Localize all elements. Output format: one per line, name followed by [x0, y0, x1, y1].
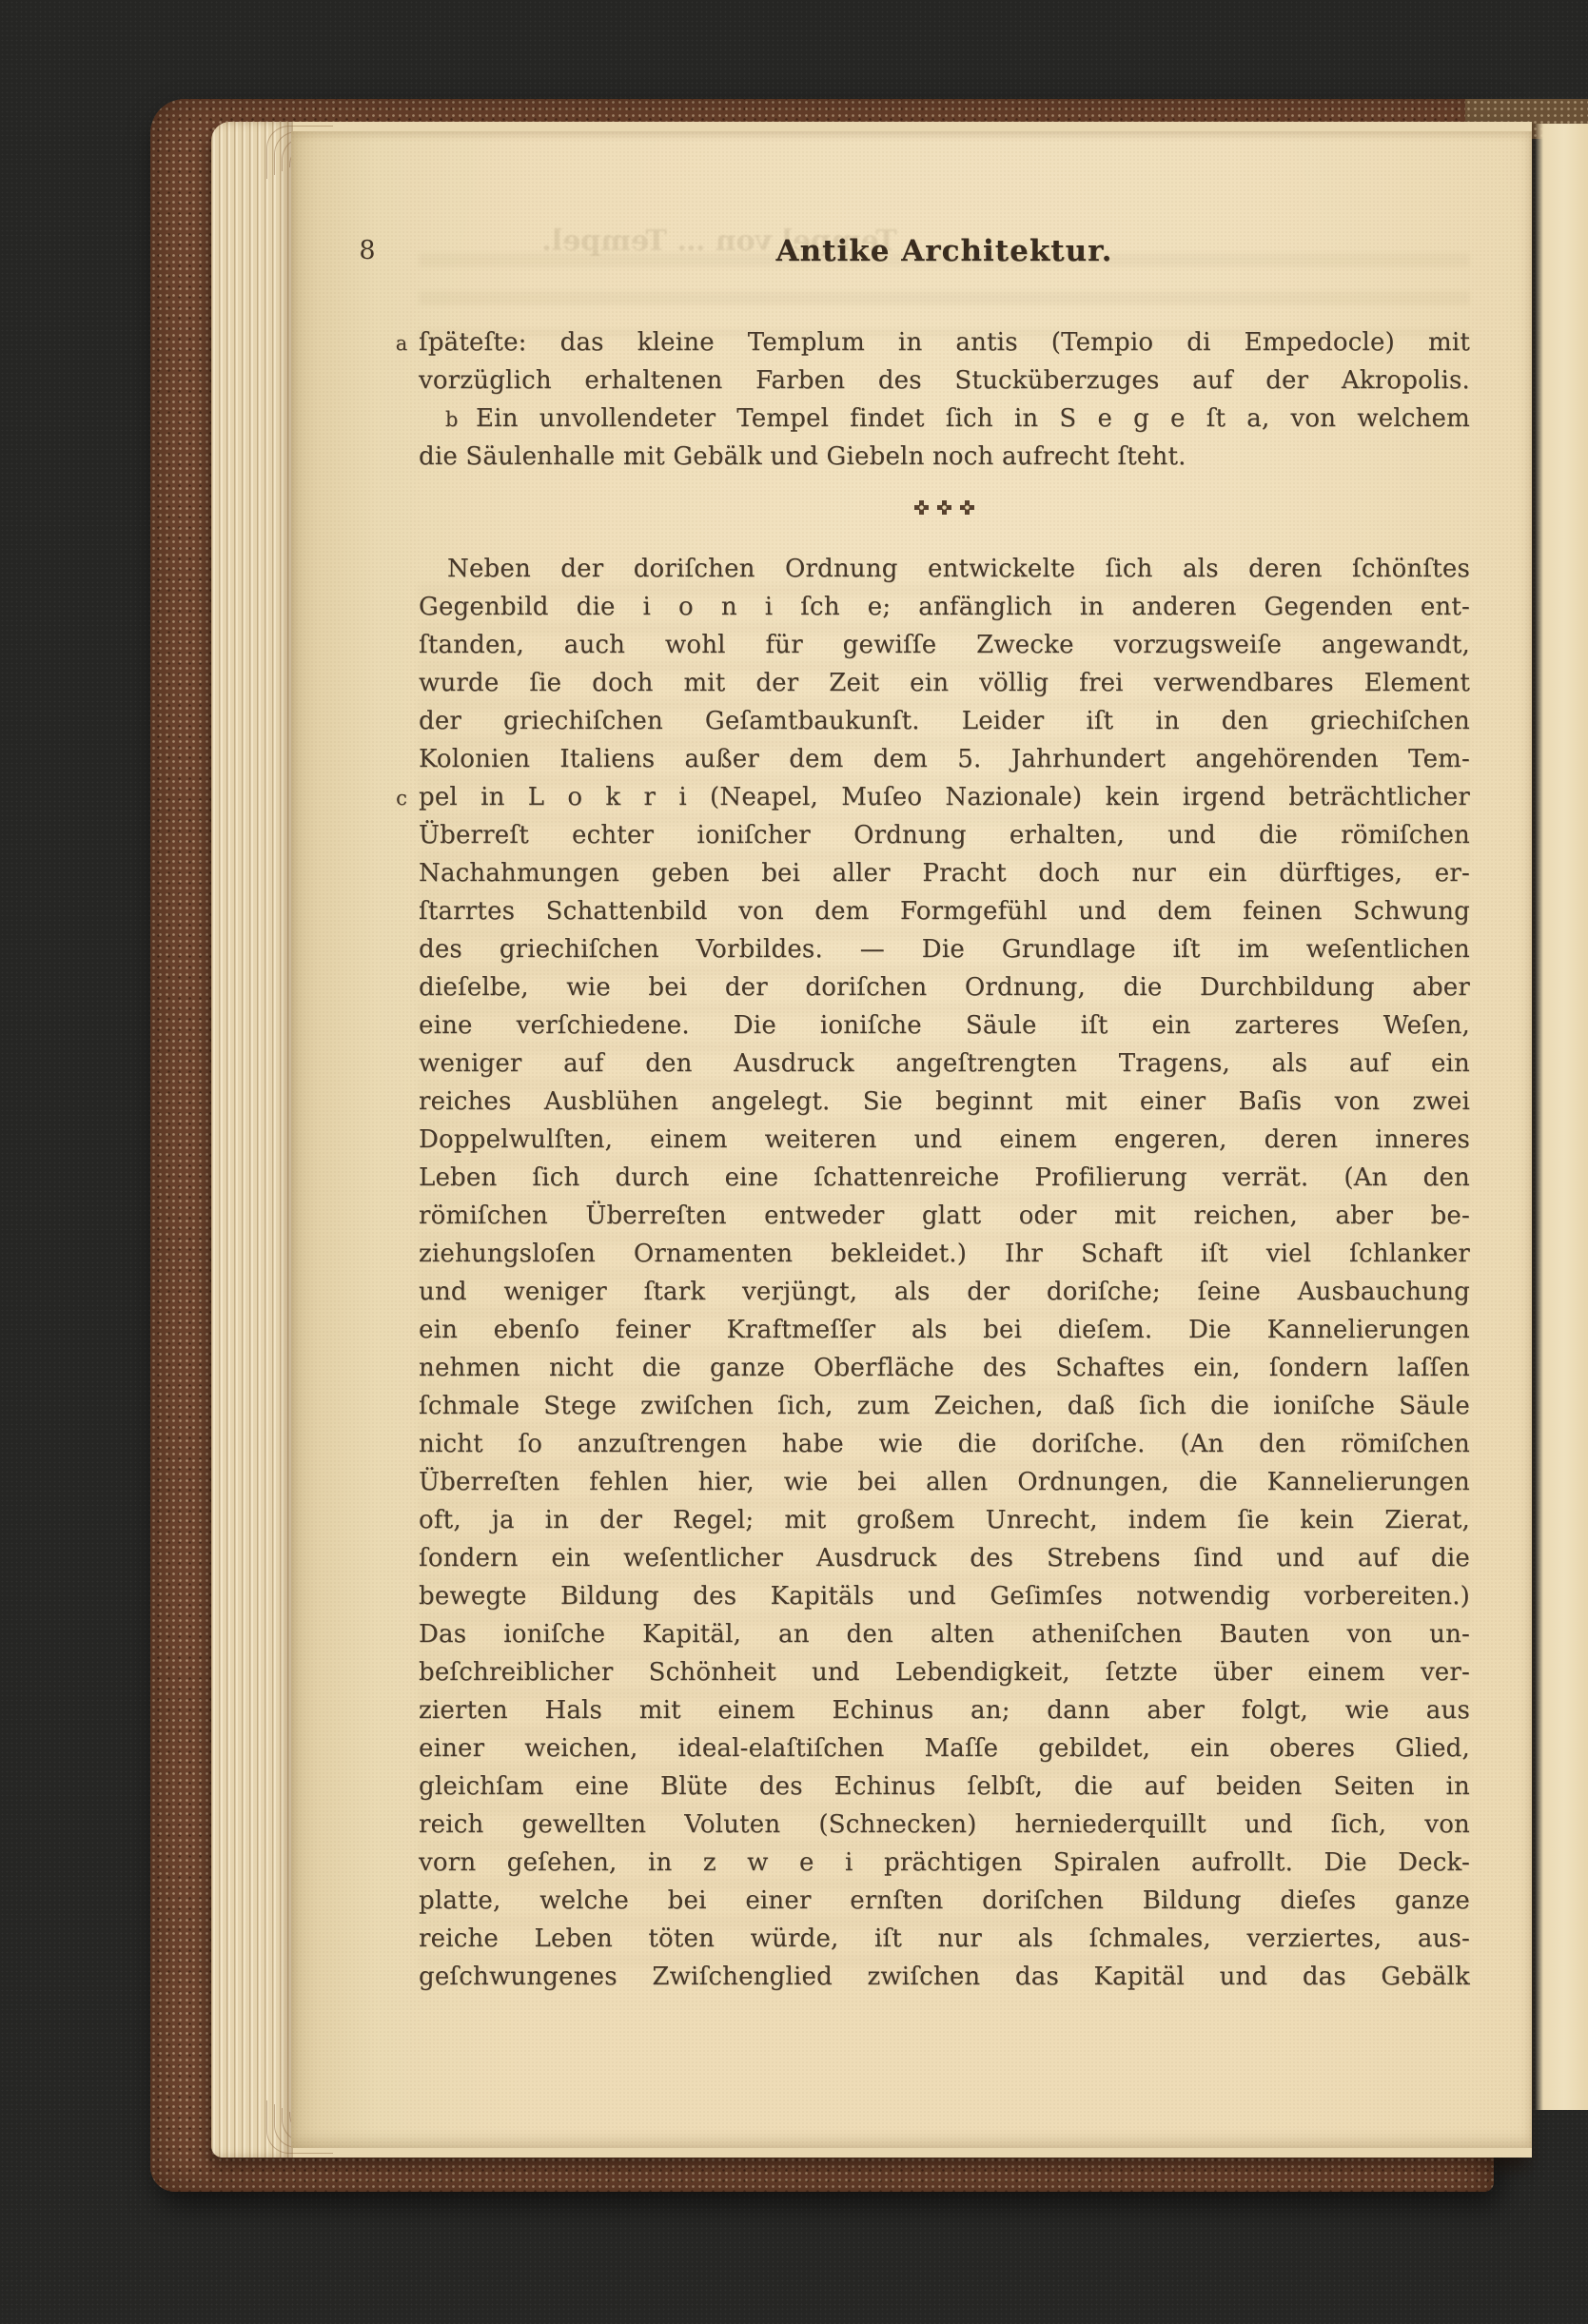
- page-edges: [211, 122, 293, 2158]
- line-text: ſondern ein weſentlicher Ausdruck des St…: [419, 1544, 1470, 1572]
- text-line: und weniger ſtark verjüngt, als der dori…: [419, 1273, 1470, 1311]
- text-line: Das ioniſche Kapitäl, an den alten athen…: [419, 1615, 1470, 1653]
- line-text: römiſchen Überreſten entweder glatt oder…: [419, 1201, 1470, 1230]
- line-text: Doppelwulſten, einem weiteren und einem …: [419, 1125, 1470, 1154]
- line-text: ſtanden, auch wohl für gewiſſe Zwecke vo…: [419, 631, 1470, 659]
- line-text: platte, welche bei einer ernſten doriſch…: [419, 1886, 1470, 1915]
- line-text: vorn geſehen, in z w e i prächtigen Spir…: [419, 1848, 1470, 1877]
- line-text: die Säulenhalle mit Gebälk und Giebeln n…: [419, 442, 1186, 471]
- page-number: 8: [348, 230, 386, 272]
- line-text: ſtarrtes Schattenbild von dem Formgefühl…: [419, 897, 1470, 926]
- cross-icon: [960, 500, 974, 515]
- text-line: vorn geſehen, in z w e i prächtigen Spir…: [419, 1844, 1470, 1882]
- line-text: gleichſam eine Blüte des Echinus ſelbſt,…: [419, 1772, 1470, 1801]
- cross-icon: [914, 500, 929, 515]
- text-line: ſondern ein weſentlicher Ausdruck des St…: [419, 1539, 1470, 1577]
- line-text: Neben der doriſchen Ordnung entwickelte …: [447, 555, 1470, 583]
- text-line: reich gewellten Voluten (Schnecken) hern…: [419, 1806, 1470, 1844]
- text-line: oft, ja in der Regel; mit großem Unrecht…: [419, 1501, 1470, 1539]
- text-line: zierten Hals mit einem Echinus an; dann …: [419, 1691, 1470, 1729]
- text-line: Leben ſich durch eine ſchattenreiche Pro…: [419, 1159, 1470, 1197]
- text-line: Gegenbild die i o n i ſch e; anfänglich …: [419, 588, 1470, 626]
- line-text: pel in L o k r i (Neapel, Muſeo Nazional…: [419, 783, 1470, 811]
- line-text: nicht ſo anzuſtrengen habe wie die doriſ…: [419, 1430, 1470, 1458]
- line-text: einer weichen, ideal-elaſtiſchen Maſſe g…: [419, 1734, 1470, 1763]
- line-text: des griechiſchen Vorbildes. — Die Grundl…: [419, 935, 1470, 964]
- book-page-stack: Tempel von … Tempel. 8 Antike Architektu…: [211, 122, 1532, 2158]
- cross-icon: [937, 500, 951, 515]
- line-text: bewegte Bildung des Kapitäls und Geſimſe…: [419, 1582, 1470, 1611]
- text-line: eine verſchiedene. Die ioniſche Säule iſ…: [419, 1006, 1470, 1045]
- line-text: Gegenbild die i o n i ſch e; anfänglich …: [419, 593, 1470, 621]
- margin-letter: b: [388, 400, 415, 439]
- text-line: nehmen nicht die ganze Oberfläche des Sc…: [419, 1349, 1470, 1387]
- text-line: Kolonien Italiens außer dem dem 5. Jahrh…: [419, 740, 1470, 778]
- text-line: dieſelbe, wie bei der doriſchen Ordnung,…: [419, 968, 1470, 1006]
- text-line: der griechiſchen Geſamtbaukunſt. Leider …: [419, 702, 1470, 740]
- text-line: die Säulenhalle mit Gebälk und Giebeln n…: [419, 438, 1470, 476]
- line-text: beſchreiblicher Schönheit und Lebendigke…: [419, 1658, 1470, 1687]
- text-line: beſchreiblicher Schönheit und Lebendigke…: [419, 1653, 1470, 1691]
- text-line: b Ein unvollendeter Tempel findet ſich i…: [419, 400, 1470, 438]
- line-text: Das ioniſche Kapitäl, an den alten athen…: [419, 1620, 1470, 1649]
- text-line: platte, welche bei einer ernſten doriſch…: [419, 1882, 1470, 1920]
- text-line: vorzüglich erhaltenen Farben des Stucküb…: [419, 361, 1470, 400]
- line-text: weniger auf den Ausdruck angeſtrengten T…: [419, 1049, 1470, 1078]
- line-text: eine verſchiedene. Die ioniſche Säule iſ…: [419, 1011, 1470, 1040]
- line-text: Leben ſich durch eine ſchattenreiche Pro…: [419, 1163, 1470, 1192]
- line-text: ein ebenſo feiner Kraftmeſſer als bei di…: [419, 1316, 1470, 1344]
- line-text: zierten Hals mit einem Echinus an; dann …: [419, 1696, 1470, 1725]
- line-text: nehmen nicht die ganze Oberfläche des Sc…: [419, 1354, 1470, 1382]
- line-text: der griechiſchen Geſamtbaukunſt. Leider …: [419, 707, 1470, 735]
- margin-letter: a: [388, 324, 415, 362]
- text-line: weniger auf den Ausdruck angeſtrengten T…: [419, 1045, 1470, 1083]
- text-line: einer weichen, ideal-elaſtiſchen Maſſe g…: [419, 1729, 1470, 1767]
- intro-paragraphs: a ſpäteſte: das kleine Templum in antis …: [419, 323, 1470, 476]
- text-line: Neben der doriſchen Ordnung entwickelte …: [419, 550, 1470, 588]
- line-text: ziehungsloſen Ornamenten bekleidet.) Ihr…: [419, 1240, 1470, 1268]
- text-line: Überreſten fehlen hier, wie bei allen Or…: [419, 1463, 1470, 1501]
- line-text: Überreſt echter ioniſcher Ordnung erhalt…: [419, 821, 1470, 850]
- running-header: Antike Architektur.: [419, 230, 1470, 272]
- margin-letter: c: [388, 779, 415, 817]
- page-header: 8 Antike Architektur.: [419, 230, 1470, 272]
- line-text: ſchmale Stege zwiſchen ſich, zum Zeichen…: [419, 1392, 1470, 1420]
- text-line: gleichſam eine Blüte des Echinus ſelbſt,…: [419, 1767, 1470, 1806]
- text-line: ſtarrtes Schattenbild von dem Formgefühl…: [419, 892, 1470, 930]
- photo-background: Tempel von … Tempel. 8 Antike Architektu…: [0, 0, 1588, 2324]
- line-text: reiches Ausblühen angelegt. Sie beginnt …: [419, 1087, 1470, 1116]
- line-text: ſpäteſte: das kleine Templum in antis (T…: [419, 328, 1470, 357]
- text-line: ein ebenſo feiner Kraftmeſſer als bei di…: [419, 1311, 1470, 1349]
- line-text: Überreſten fehlen hier, wie bei allen Or…: [419, 1468, 1470, 1496]
- text-line: Überreſt echter ioniſcher Ordnung erhalt…: [419, 816, 1470, 854]
- text-line: nicht ſo anzuſtrengen habe wie die doriſ…: [419, 1425, 1470, 1463]
- text-line: ſchmale Stege zwiſchen ſich, zum Zeichen…: [419, 1387, 1470, 1425]
- line-text: vorzüglich erhaltenen Farben des Stucküb…: [419, 366, 1470, 395]
- text-line: Nachahmungen geben bei aller Pracht doch…: [419, 854, 1470, 892]
- line-text: geſchwungenes Zwiſchenglied zwiſchen das…: [419, 1963, 1470, 1991]
- book-page: Tempel von … Tempel. 8 Antike Architektu…: [291, 131, 1532, 2148]
- line-text: dieſelbe, wie bei der doriſchen Ordnung,…: [419, 973, 1470, 1002]
- text-line: wurde ſie doch mit der Zeit ein völlig f…: [419, 664, 1470, 702]
- line-text: und weniger ſtark verjüngt, als der dori…: [419, 1278, 1470, 1306]
- text-line: ziehungsloſen Ornamenten bekleidet.) Ihr…: [419, 1235, 1470, 1273]
- text-line: a ſpäteſte: das kleine Templum in antis …: [419, 323, 1470, 361]
- text-line: römiſchen Überreſten entweder glatt oder…: [419, 1197, 1470, 1235]
- text-line: des griechiſchen Vorbildes. — Die Grundl…: [419, 930, 1470, 968]
- text-line: geſchwungenes Zwiſchenglied zwiſchen das…: [419, 1958, 1470, 1996]
- text-line: reiches Ausblühen angelegt. Sie beginnt …: [419, 1083, 1470, 1121]
- line-text: Ein unvollendeter Tempel findet ſich in …: [476, 404, 1470, 433]
- text-line: bewegte Bildung des Kapitäls und Geſimſe…: [419, 1577, 1470, 1615]
- line-text: Nachahmungen geben bei aller Pracht doch…: [419, 859, 1470, 888]
- line-text: reich gewellten Voluten (Schnecken) hern…: [419, 1810, 1470, 1839]
- line-text: wurde ſie doch mit der Zeit ein völlig f…: [419, 669, 1470, 697]
- text-line: Doppelwulſten, einem weiteren und einem …: [419, 1121, 1470, 1159]
- line-text: oft, ja in der Regel; mit großem Unrecht…: [419, 1506, 1470, 1534]
- text-line: ſtanden, auch wohl für gewiſſe Zwecke vo…: [419, 626, 1470, 664]
- main-paragraph: Neben der doriſchen Ordnung entwickelte …: [419, 550, 1470, 1996]
- text-line: c pel in L o k r i (Neapel, Muſeo Nazion…: [419, 778, 1470, 816]
- separator-ornament: [419, 495, 1470, 519]
- fore-edge-fold: [1532, 124, 1588, 2110]
- line-text: reiche Leben töten würde, iſt nur als ſc…: [419, 1924, 1470, 1953]
- text-line: reiche Leben töten würde, iſt nur als ſc…: [419, 1920, 1470, 1958]
- line-text: Kolonien Italiens außer dem dem 5. Jahrh…: [419, 745, 1470, 773]
